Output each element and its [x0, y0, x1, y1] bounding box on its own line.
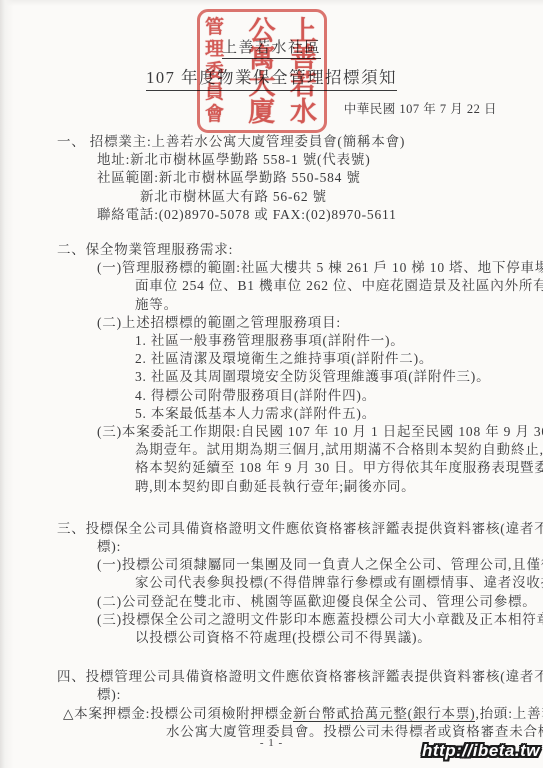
doc-line: △本案押標金:投標公司須檢附押標金新台幣貳拾萬元整(銀行本票),抬頭:上善若: [0, 705, 543, 723]
doc-line: 社區範圍:新北市樹林區學勤路 550-584 號: [0, 169, 543, 187]
text-segment: 標):: [97, 539, 121, 554]
text-segment: 四、投標管理公司具備資格證明文件應依資格審核評鑑表提供資料審核(違者不得參: [57, 669, 543, 684]
doc-line: 地址:新北市樹林區學勤路 558-1 號(代表號): [0, 151, 543, 169]
text-segment: (二)上述招標標的範圍之管理服務項目:: [97, 315, 341, 330]
document-title: 107 年度物業保全管理招標須知: [146, 68, 397, 91]
doc-line: 2. 社區清潔及環境衛生之維持事項(詳附件二)。: [0, 350, 543, 368]
stamp-character: 水: [290, 99, 317, 126]
doc-line: 家公司代表參與投標(不得借牌靠行參標或有圍標情事、違者沒收押標金)。: [0, 574, 543, 592]
doc-line: (二)上述招標標的範圍之管理服務項目:: [0, 314, 543, 332]
text-segment: 社區範圍:新北市樹林區學勤路 550-584 號: [97, 170, 361, 185]
text-segment: 施等。: [135, 297, 178, 312]
text-segment: (二)公司登記在雙北市、桃園等區歡迎優良保全公司、管理公司參標。: [97, 594, 537, 609]
text-segment: 三、投標保全公司具備資格證明文件應依資格審核評鑑表提供資料審核(違者不得參: [57, 521, 543, 536]
doc-line: (二)公司登記在雙北市、桃園等區歡迎優良保全公司、管理公司參標。: [0, 593, 543, 611]
text-segment: △本案押標金:投標公司須檢附押標金: [63, 706, 293, 721]
doc-line: 為期壹年。試用期為期三個月,試用期滿不合格則本契約自動終止,期滿合: [0, 441, 543, 459]
text-segment: 以投標公司資格不符處理(投標公司不得異議)。: [135, 630, 432, 645]
doc-line: 標):: [0, 686, 543, 704]
text-segment: (一)投標公司須隸屬同一集團及同一負責人之保全公司、管理公司,且僅得由一: [97, 557, 543, 572]
doc-line: 二、保全物業管理服務需求:: [0, 241, 543, 259]
doc-line: 新北市樹林區大有路 56-62 號: [0, 188, 543, 206]
header-doc-title-row: 107 年度物業保全管理招標須知: [0, 64, 543, 88]
text-segment: 2. 社區清潔及環境衛生之維持事項(詳附件二)。: [135, 351, 433, 366]
text-segment: (三)本案委託工作期限:自民國 107 年 10 月 1 日起至民國 108 年…: [97, 424, 543, 439]
text-segment: 聯絡電話:(02)8970-5078 或 FAX:(02)8970-5611: [97, 207, 397, 222]
doc-line: 4. 得標公司附帶服務項目(詳附件四)。: [0, 387, 543, 405]
text-segment: 家公司代表參與投標(不得借牌靠行參標或有圍標情事、違者沒收押標金)。: [135, 575, 543, 590]
doc-line: 標):: [0, 538, 543, 556]
text-segment: 一、 招標業主:上善若水公寓大廈管理委員會(簡稱本會): [57, 134, 405, 149]
doc-line: 聘,則本契約即自動延長執行壹年;嗣後亦同。: [0, 478, 543, 496]
text-segment: (三)投標保全公司之證明文件影印本應蓋投標公司大小章戳及正本相符章,違者: [97, 612, 543, 627]
text-segment: 格本契約延續至 108 年 9 月 30 日。甲方得依其年度服務表現暨委員會決議…: [135, 460, 543, 475]
doc-line: (一)管理服務標的範圍:社區大樓共 5 棟 261 戶 10 梯 10 塔、地下…: [0, 259, 543, 277]
document-body: 一、 招標業主:上善若水公寓大廈管理委員會(簡稱本會)地址:新北市樹林區學勤路 …: [0, 133, 543, 741]
watermark-url: http://ibeta.tw: [422, 741, 540, 761]
text-segment: 1. 社區一般事務管理服務事項(詳附件一)。: [135, 333, 405, 348]
doc-line: 一、 招標業主:上善若水公寓大廈管理委員會(簡稱本會): [0, 133, 543, 151]
doc-line: 3. 社區及其周圍環境安全防災管理維護事項(詳附件三)。: [0, 368, 543, 386]
text-segment: 二、保全物業管理服務需求:: [57, 242, 233, 257]
text-segment: 5. 本案最低基本人力需求(詳附件五)。: [135, 406, 376, 421]
doc-line: 四、投標管理公司具備資格證明文件應依資格審核評鑑表提供資料審核(違者不得參: [0, 668, 543, 686]
text-segment: 新北市樹林區大有路 56-62 號: [140, 189, 327, 204]
text-segment: 地址:新北市樹林區學勤路 558-1 號(代表號): [97, 152, 371, 167]
doc-line: 格本契約延續至 108 年 9 月 30 日。甲方得依其年度服務表現暨委員會決議…: [0, 459, 543, 477]
doc-line: 施等。: [0, 296, 543, 314]
doc-line: 5. 本案最低基本人力需求(詳附件五)。: [0, 405, 543, 423]
doc-line: (三)本案委託工作期限:自民國 107 年 10 月 1 日起至民國 108 年…: [0, 423, 543, 441]
doc-line: (三)投標保全公司之證明文件影印本應蓋投標公司大小章戳及正本相符章,違者: [0, 611, 543, 629]
doc-line: 三、投標保全公司具備資格證明文件應依資格審核評鑑表提供資料審核(違者不得參: [0, 520, 543, 538]
text-segment: 4. 得標公司附帶服務項目(詳附件四)。: [135, 388, 376, 403]
doc-line: 聯絡電話:(02)8970-5078 或 FAX:(02)8970-5611: [0, 206, 543, 224]
stamp-character: 會: [205, 105, 224, 124]
doc-line: (一)投標公司須隸屬同一集團及同一負責人之保全公司、管理公司,且僅得由一: [0, 556, 543, 574]
text-segment: (一)管理服務標的範圍:社區大樓共 5 棟 261 戶 10 梯 10 塔、地下…: [97, 260, 543, 275]
stamp-character: 廈: [249, 99, 276, 126]
scanned-document-page: 上善若水公寓大廈管理委員會 上善若水社區 107 年度物業保全管理招標須知 中華…: [0, 0, 543, 768]
text-segment: 3. 社區及其周圍環境安全防災管理維護事項(詳附件三)。: [135, 369, 490, 384]
doc-line: 1. 社區一般事務管理服務事項(詳附件一)。: [0, 332, 543, 350]
underlined-text: 新台幣貳拾萬元整(銀行本票): [293, 706, 475, 722]
header-community-title-row: 上善若水社區: [0, 36, 543, 57]
document-date: 中華民國 107 年 7 月 22 日: [344, 99, 497, 117]
doc-line: 以投標公司資格不符處理(投標公司不得異議)。: [0, 629, 543, 647]
text-segment: 面車位 254 位、B1 機車位 262 位、中庭花園造景及社區內外所有公共休憩…: [135, 278, 543, 293]
text-segment: 聘,則本契約即自動延長執行壹年;嗣後亦同。: [135, 479, 415, 494]
stamp-character: 管: [205, 18, 224, 37]
text-segment: 為期壹年。試用期為期三個月,試用期滿不合格則本契約自動終止,期滿合: [135, 442, 543, 457]
doc-line: 面車位 254 位、B1 機車位 262 位、中庭花園造景及社區內外所有公共休憩…: [0, 277, 543, 295]
text-segment: ,抬頭:上善若: [475, 706, 543, 721]
community-title: 上善若水社區: [222, 40, 321, 59]
text-segment: 標):: [97, 687, 121, 702]
